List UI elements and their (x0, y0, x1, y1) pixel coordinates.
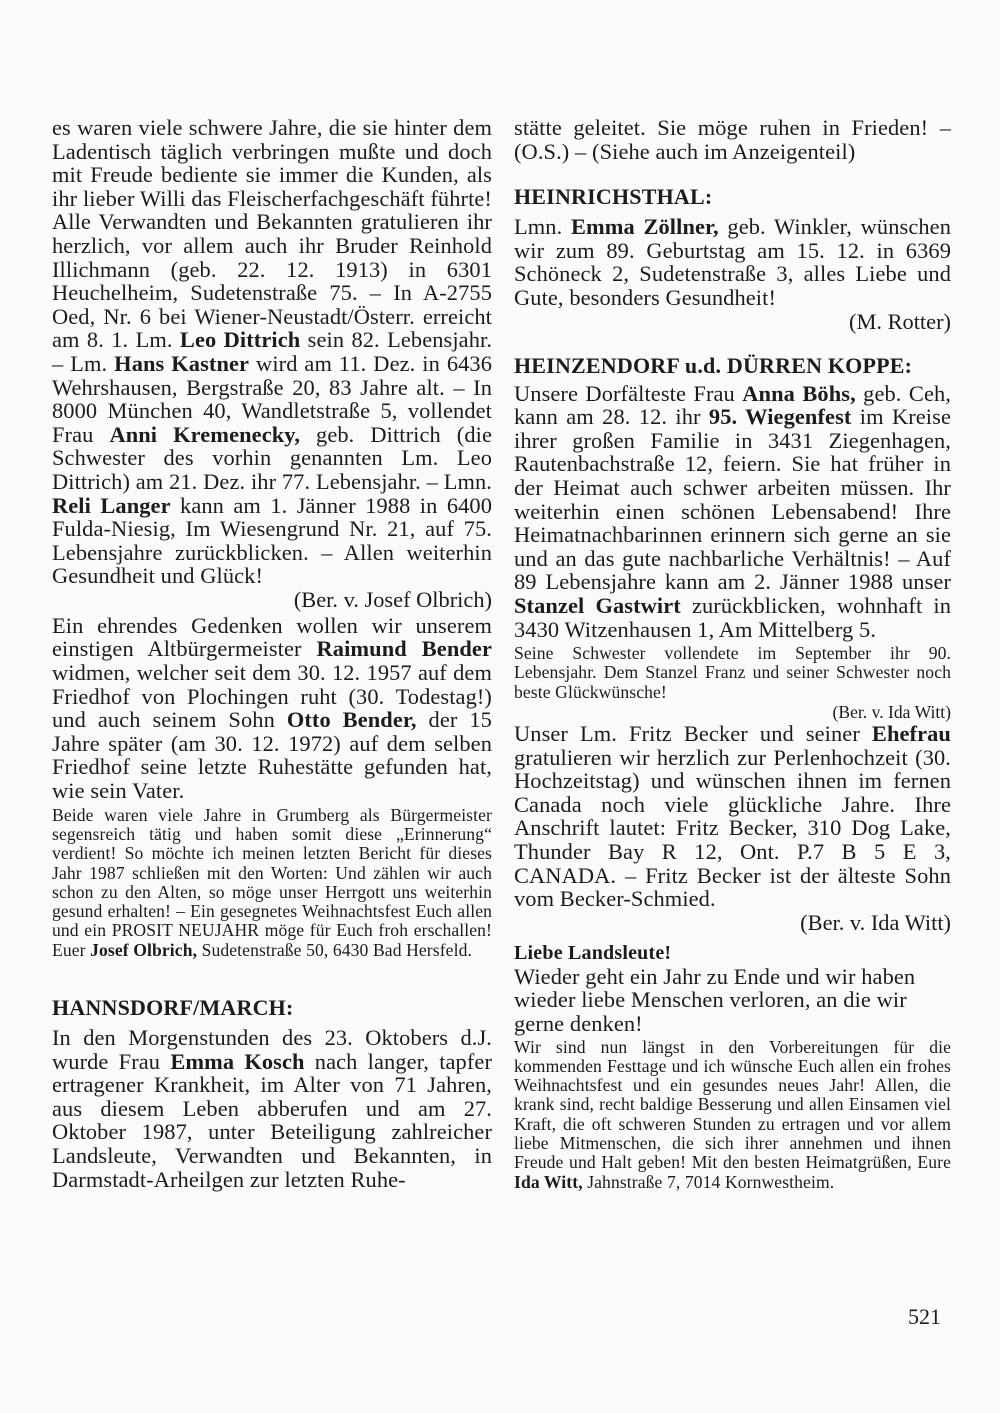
paragraph-wishes: Wir sind nun längst in den Vorbereitunge… (514, 1038, 951, 1192)
paragraph-closing: Beide waren viele Jahre in Grumberg als … (52, 806, 492, 960)
paragraph-becker: Unser Lm. Fritz Becker und seiner Ehefra… (514, 722, 951, 911)
left-column: es waren viele schwere Jahre, die sie hi… (52, 116, 492, 1191)
paragraph-memorial: Ein ehrendes Gedenken wollen wir unserem… (52, 614, 492, 803)
paragraph-obituary-cont: stätte geleitet. Sie möge ruhen in Fried… (514, 116, 951, 163)
page-number: 521 (908, 1304, 941, 1330)
section-heading-heinzendorf: HEINZENDORF u.d. DÜRREN KOPPE: (514, 354, 951, 378)
signature: (Ber. v. Josef Olbrich) (52, 588, 492, 612)
name-bold: Reli Langer (52, 493, 171, 518)
signature: (Ber. v. Ida Witt) (514, 702, 951, 722)
right-column: stätte geleitet. Sie möge ruhen in Fried… (514, 116, 951, 1192)
paragraph-zoellner: Lmn. Emma Zöllner, geb. Winkler, wünsche… (514, 215, 951, 309)
name-bold: Leo Dittrich (180, 327, 300, 352)
signature: (M. Rotter) (514, 310, 951, 334)
section-heading-liebe-landsleute: Liebe Landsleute! (514, 941, 951, 965)
paragraph-birthdays: es waren viele schwere Jahre, die sie hi… (52, 116, 492, 588)
paragraph-wieder: Wieder geht ein Jahr zu Ende und wir hab… (514, 965, 951, 1036)
paragraph-boehs: Unsere Dorfälteste Frau Anna Böhs, geb. … (514, 382, 951, 642)
paragraph-obituary: In den Morgenstunden des 23. Oktobers d.… (52, 1026, 492, 1191)
paragraph-schwester: Seine Schwester vollendete im September … (514, 644, 951, 702)
section-heading-hannsdorf: HANNSDORF/MARCH: (52, 996, 492, 1020)
name-bold: Hans Kastner (114, 351, 249, 376)
section-heading-heinrichsthal: HEINRICHSTHAL: (514, 185, 951, 209)
name-bold: Anni Kremenecky, (109, 422, 300, 447)
signature: (Ber. v. Ida Witt) (514, 911, 951, 935)
